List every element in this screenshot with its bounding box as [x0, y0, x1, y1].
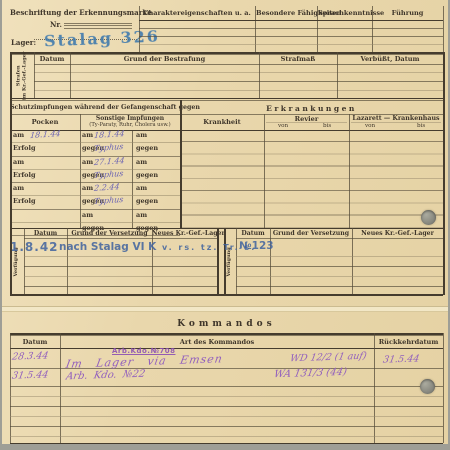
lager-label: Lager: — [11, 38, 36, 47]
table-line — [24, 266, 217, 267]
impfung-row-value: Typhus — [94, 169, 124, 180]
kommando-row2-date: 31.5.44 — [11, 369, 49, 381]
revier-bis-label: bis — [323, 123, 331, 129]
pocken-row-label: am — [13, 184, 24, 192]
vaccination-row: am am 27.1.44 am — [10, 157, 180, 170]
table-line — [349, 114, 350, 229]
nr-line — [64, 25, 132, 26]
lazarett-bis-label: bis — [417, 123, 425, 129]
table-line — [139, 44, 443, 45]
table-line — [236, 228, 237, 295]
vaccination-row: am am 2.2.44 am — [10, 183, 180, 196]
table-line — [34, 72, 443, 73]
table-line — [337, 52, 338, 98]
table-line — [24, 238, 217, 239]
transfer-stamp-date: 1.8.42 — [10, 240, 59, 254]
revier-von-label: von — [278, 123, 288, 129]
traits-col4-header: Führung — [373, 9, 442, 17]
table-line — [24, 276, 217, 277]
table-line — [180, 100, 182, 228]
vaccination-row: am 18.1.44 am 18.1.44 am — [10, 130, 180, 143]
impfung-row-label2: am — [136, 184, 147, 192]
kommando-row2-text: Arb. Kdo. №22 — [65, 369, 146, 383]
table-line — [34, 52, 35, 98]
pocken-header: Pocken — [10, 118, 80, 126]
impfung-row-label2: am — [136, 131, 147, 139]
table-line — [264, 114, 265, 229]
kommando-row1-return-date: 31.5.44 — [382, 353, 420, 365]
verfuegung-datum-header-l: Datum — [24, 230, 67, 237]
table-line — [10, 386, 443, 387]
impfung-row-label: am — [82, 184, 93, 192]
table-line — [34, 90, 443, 91]
verfuegung-side-label-left: Verfügung — [10, 228, 24, 295]
impfung-row-value: 2.2.44 — [94, 182, 120, 193]
impfung-row-value: Typhus — [94, 142, 124, 153]
table-line — [24, 256, 217, 257]
impfung-row-label: am — [82, 211, 93, 219]
id-block-title: Beschriftung der Erkennungsmarke — [10, 8, 139, 17]
impfung-row-label: am — [82, 158, 93, 166]
verfuegung-neues-header-r: Neues Kr.-Gef.-Lager — [352, 230, 443, 237]
hole-punch — [420, 379, 435, 394]
strafen-verbuesst-header: Verbüßt, Datum — [337, 55, 443, 63]
kommando-row1-code: WD 12/2 (1 auf) — [289, 351, 367, 365]
traits-col3-header: Sprachkenntnisse — [318, 9, 371, 17]
table-line — [139, 28, 443, 29]
traits-col1-header: Charaktereigenschaften u. a. — [140, 9, 254, 17]
nr-label: Nr. — [50, 20, 62, 29]
kommando-row1-date: 28.3.44 — [11, 350, 49, 362]
impfung-row-label2: gegen — [136, 197, 158, 205]
pow-record-card: Beschriftung der Erkennungsmarke Nr. Lag… — [2, 0, 448, 444]
table-line — [236, 286, 443, 287]
kommandos-datum-header: Datum — [10, 338, 60, 346]
sonstige-header: Sonstige Impfungen — [80, 115, 180, 122]
impfung-row-label2: am — [136, 158, 147, 166]
table-line — [259, 52, 260, 98]
impfung-row-value: Typhus — [94, 195, 124, 206]
strafen-side-label: Strafen im Kr.-Gef.-Lager — [10, 54, 34, 98]
table-line — [270, 228, 271, 295]
table-line — [24, 228, 25, 295]
table-line — [443, 6, 444, 52]
table-line — [34, 64, 443, 65]
table-line — [236, 276, 443, 277]
table-line — [70, 52, 71, 98]
table-line — [10, 426, 443, 427]
pocken-row-label: am — [13, 158, 24, 166]
table-line — [10, 416, 443, 417]
krankheit-header: Krankheit — [180, 118, 264, 126]
table-line — [443, 333, 444, 443]
pocken-row-label: Erfolg — [13, 171, 36, 179]
impfung-row-value: 27.1.44 — [94, 155, 125, 166]
table-line — [10, 52, 12, 295]
strafen-datum-header: Datum — [34, 55, 70, 63]
strafen-strafmass-header: Strafmaß — [259, 55, 337, 63]
kommandos-art-header: Art des Kommandos — [60, 338, 374, 346]
pocken-row-label: am — [13, 131, 24, 139]
stalag-326-stamp: Stalag 326 — [44, 26, 161, 50]
impfungen-title: Schutzimpfungen während der Gefangenscha… — [10, 104, 180, 111]
transfer-stamp-text: nach Stalag VI K — [59, 241, 156, 253]
vaccination-row: Erfolg gegen Typhus gegen — [10, 196, 180, 209]
table-line — [67, 228, 68, 295]
pocken-row-value: 18.1.44 — [30, 129, 61, 140]
impfung-row-label2: am — [136, 211, 147, 219]
table-line — [152, 228, 153, 295]
kommando-row2-code: WA 131/3 (44) — [273, 367, 348, 381]
vaccination-rows: am 18.1.44 am 18.1.44 am Erfolg gegen Ty… — [10, 130, 180, 228]
vaccination-row: Erfolg gegen Typhus gegen — [10, 170, 180, 183]
table-line — [443, 52, 445, 295]
impfung-row-label2: gegen — [136, 171, 158, 179]
kommandos-title: Kommandos — [10, 319, 443, 329]
pocken-row-label: Erfolg — [13, 144, 36, 152]
table-line — [10, 443, 443, 445]
table-line — [10, 436, 443, 437]
verfuegung-grund-header-l: Grund der Versetzung — [67, 230, 152, 237]
table-line — [352, 228, 353, 295]
table-line — [10, 335, 443, 336]
impfung-row-value: 18.1.44 — [94, 129, 125, 140]
illness-empty-rows — [180, 130, 443, 228]
table-line — [10, 406, 443, 407]
table-line — [10, 294, 443, 296]
pocken-row-label: Erfolg — [13, 197, 36, 205]
impfung-row-label: am — [82, 131, 93, 139]
sonstige-subheader: (Ty-Paraty, Ruhr, Cholera usw.) — [80, 122, 180, 128]
vaccination-row: Erfolg gegen Typhus gegen — [10, 143, 180, 156]
table-line — [236, 266, 443, 267]
nr-line — [64, 23, 132, 24]
table-line — [236, 256, 443, 257]
traits-col2-header: Besondere Fähigkeiten — [256, 9, 316, 17]
lazarett-von-label: von — [365, 123, 375, 129]
table-line — [236, 238, 443, 239]
table-line — [34, 81, 443, 82]
verfuegung-neues-header-l: Neues Kr.-Gef.-Lager — [152, 230, 217, 237]
table-line — [139, 36, 443, 37]
table-line — [139, 20, 443, 22]
hole-punch — [421, 210, 436, 225]
table-line — [10, 348, 443, 350]
vaccination-row: am am — [10, 210, 180, 223]
transfer-stamp-number: №123 — [239, 240, 274, 252]
card-fold — [2, 311, 448, 312]
impfung-row-label2: gegen — [136, 144, 158, 152]
erkrankungen-title: Erkrankungen — [180, 104, 443, 113]
verfuegung-datum-header-r: Datum — [236, 230, 270, 237]
table-line — [10, 396, 443, 397]
verfuegung-grund-header-r: Grund der Versetzung — [270, 230, 352, 237]
kommandos-rueckkehr-header: Rückkehrdatum — [374, 338, 443, 346]
verfuegung-side-label-right: Verfügung — [224, 228, 236, 295]
table-line — [24, 286, 217, 287]
strafen-grund-header: Grund der Bestrafung — [70, 55, 259, 63]
table-line — [217, 228, 219, 295]
table-line — [10, 100, 443, 101]
